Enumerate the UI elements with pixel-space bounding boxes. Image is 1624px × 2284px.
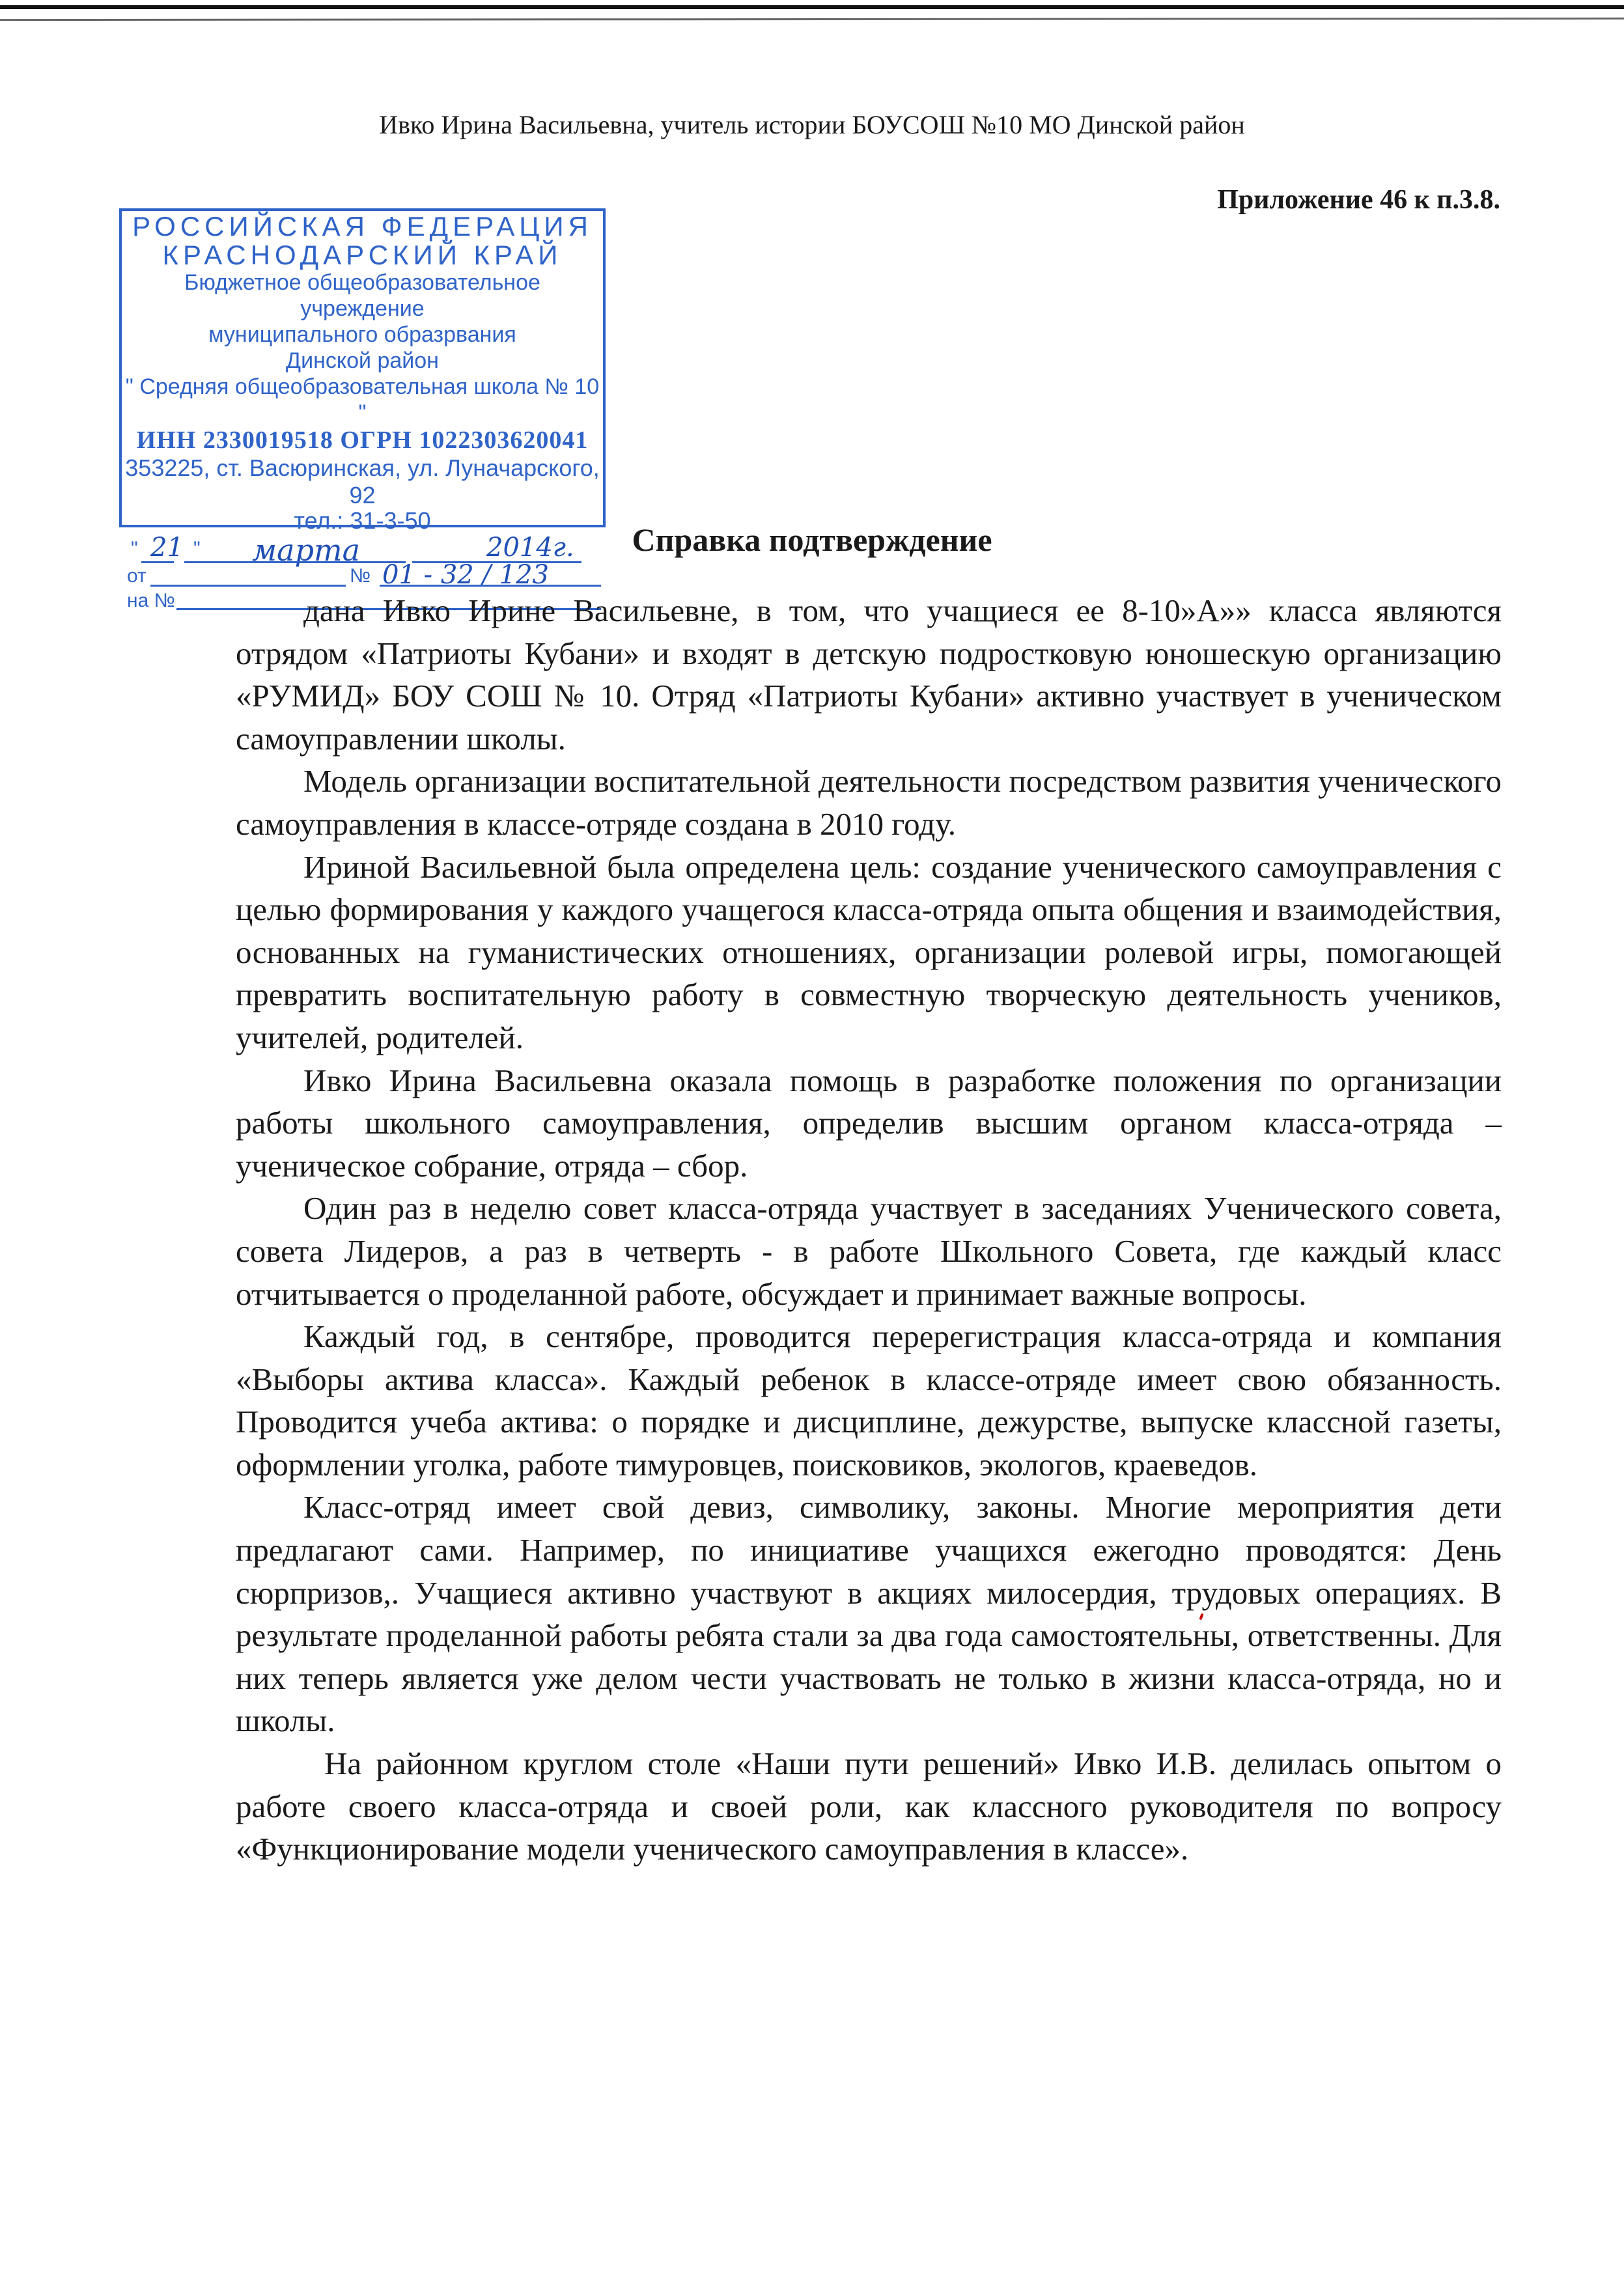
stamp-line-region: КРАСНОДАРСКИЙ КРАЙ [122, 241, 603, 270]
paragraph-intro: дана Ивко Ирине Васильевне, в том, что у… [236, 589, 1502, 760]
paragraph-weekly-council: Один раз в неделю совет класса-отряда уч… [236, 1187, 1502, 1315]
stamp-line-school-name: " Средняя общеобразовательная школа № 10… [122, 374, 603, 426]
stamp-number-label: № [350, 565, 371, 587]
stamp-line-institution-type: Бюджетное общеобразовательное учреждение [122, 270, 603, 322]
school-stamp: РОССИЙСКАЯ ФЕДЕРАЦИЯ КРАСНОДАРСКИЙ КРАЙ … [119, 208, 606, 527]
stamp-line-tax-ids: ИНН 2330019518 ОГРН 1022303620041 [122, 426, 603, 454]
paragraph-round-table: На районном круглом столе «Наши пути реш… [236, 1742, 1502, 1871]
stamp-from-label: от [127, 565, 147, 587]
scan-edge-top [0, 5, 1624, 9]
paragraph-goal: Ириной Васильевной была определена цель:… [236, 846, 1502, 1059]
stamp-line-country: РОССИЙСКАЯ ФЕДЕРАЦИЯ [122, 212, 603, 241]
stamp-ref-label: на № [127, 590, 175, 612]
paragraph-regulation: Ивко Ирина Васильевна оказала помощь в р… [236, 1059, 1502, 1188]
paragraph-annual-elections: Каждый год, в сентябре, проводится перер… [236, 1315, 1502, 1486]
document-title: Справка подтверждение [0, 521, 1624, 559]
author-line: Ивко Ирина Васильевна, учитель истории Б… [0, 109, 1624, 140]
scan-edge-line [0, 18, 1624, 21]
stamp-number-row: от № 01 - 32 / 123 [122, 563, 603, 589]
stamp-number-underline [380, 585, 601, 587]
stamp-from-underline [150, 585, 346, 587]
stamp-line-district: Динской район [122, 348, 603, 374]
document-body: дана Ивко Ирине Васильевне, в том, что у… [236, 589, 1502, 1871]
stamp-line-municipality: муниципального образрвания [122, 322, 603, 348]
paragraph-model: Модель организации воспитательной деятел… [236, 760, 1502, 845]
paragraph-class-traditions: Класс-отряд имеет свой девиз, символику,… [236, 1486, 1502, 1742]
stamp-line-address: 353225, ст. Васюринская, ул. Луначарског… [122, 454, 603, 509]
appendix-label: Приложение 46 к п.3.8. [1217, 184, 1500, 216]
